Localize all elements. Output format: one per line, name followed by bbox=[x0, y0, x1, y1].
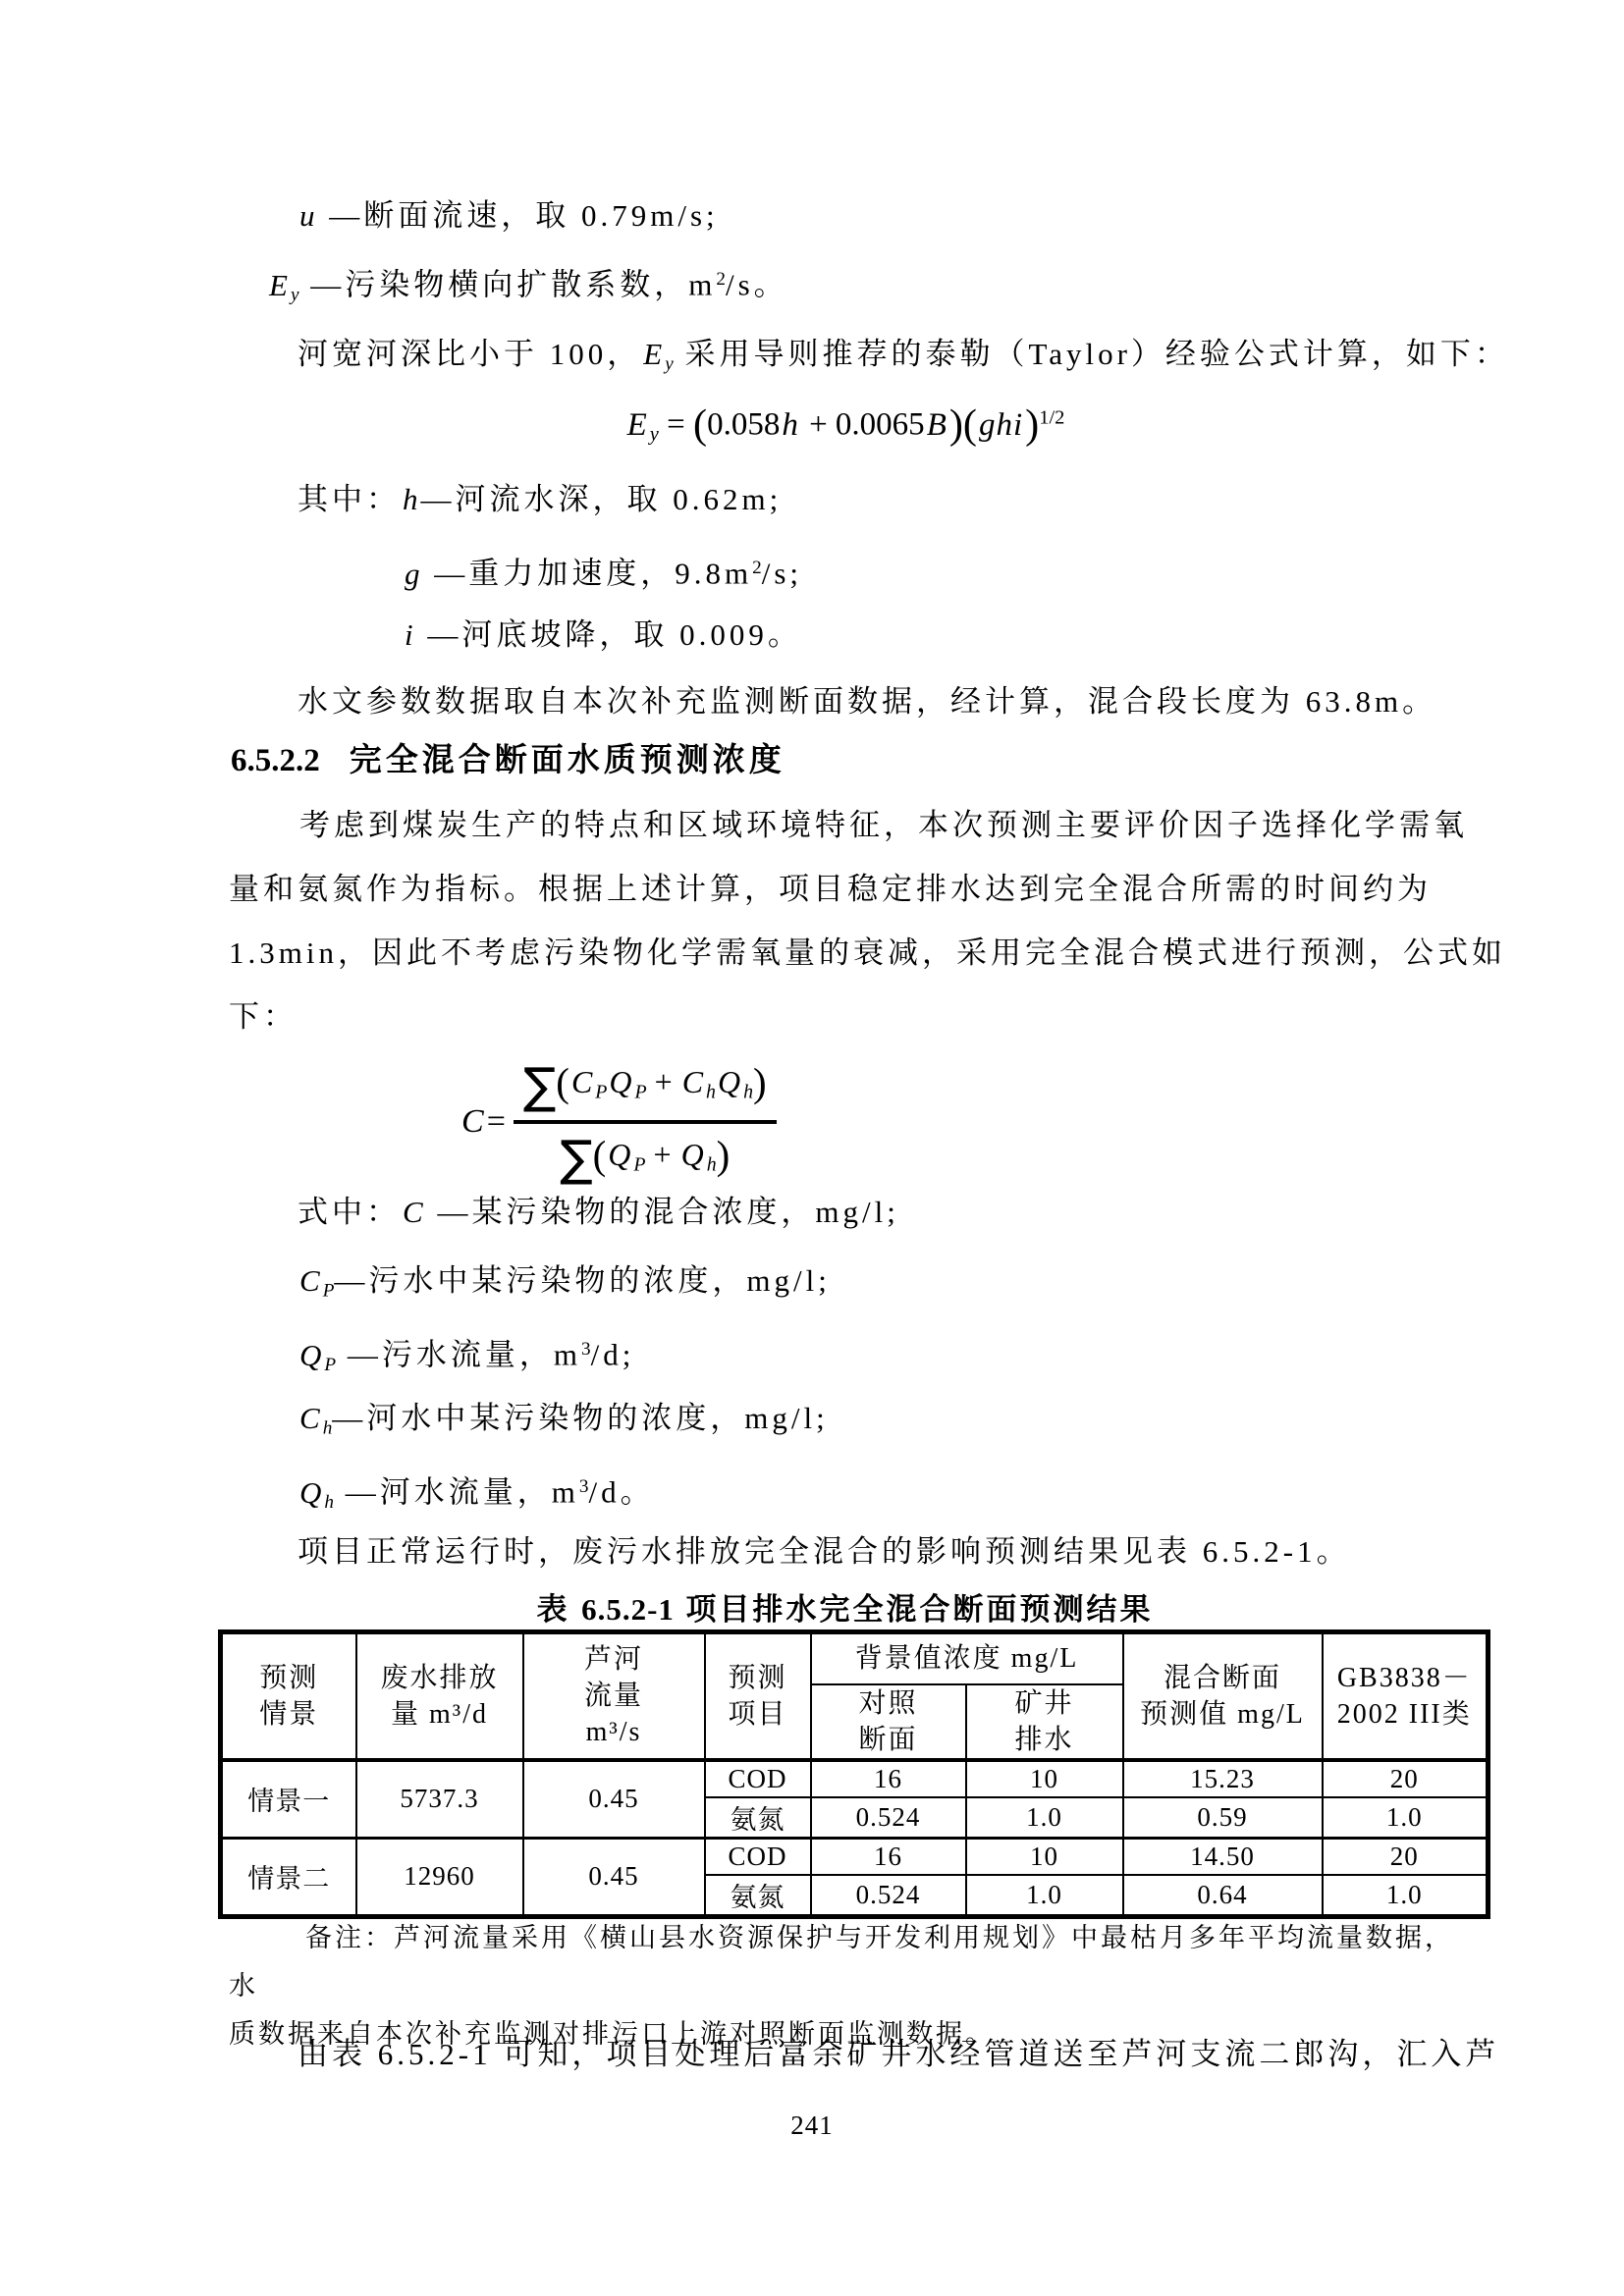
cell-s2-nh3-standard: 1.0 bbox=[1323, 1875, 1489, 1917]
formula-lhs: C= bbox=[460, 1103, 506, 1141]
cell-s1-cod-standard: 20 bbox=[1323, 1760, 1489, 1797]
header-mixed: 混合断面 预测值 mg/L bbox=[1123, 1632, 1323, 1760]
normal-operation-line: 项目正常运行时，废污水排放完全混合的影响预测结果见表 6.5.2-1。 bbox=[298, 1529, 1351, 1575]
cell-s1-nh3-item: 氨氮 bbox=[705, 1797, 811, 1839]
table-caption: 表 6.5.2-1 项目排水完全混合断面预测结果 bbox=[229, 1590, 1461, 1629]
cell-s1-nh3-control: 0.524 bbox=[811, 1797, 966, 1839]
formula-numerator: ∑(CPQP + ChQh) bbox=[514, 1057, 777, 1124]
cell-s1-nh3-standard: 1.0 bbox=[1323, 1797, 1489, 1839]
cell-s1-nh3-mixed: 0.59 bbox=[1123, 1797, 1323, 1839]
hydro-summary-line: 水文参数数据取自本次补充监测断面数据，经计算，混合段长度为 63.8m。 bbox=[298, 679, 1436, 724]
taylor-intro-line: 河宽河深比小于 100，Ey 采用导则推荐的泰勒（Taylor）经验公式计算，如… bbox=[298, 332, 1509, 387]
formula-denominator: ∑(QP + Qh) bbox=[560, 1124, 730, 1187]
cell-s1-cod-control: 16 bbox=[811, 1760, 966, 1797]
where-def-cp: CP—污水中某污染物的浓度，mg/l; bbox=[298, 1258, 831, 1313]
section-title: 完全混合断面水质预测浓度 bbox=[350, 741, 785, 777]
table-row-s1-cod: 情景一 5737.3 0.45 COD 16 10 15.23 20 bbox=[221, 1760, 1489, 1797]
section-number: 6.5.2.2 bbox=[231, 743, 320, 778]
section-heading: 6.5.2.2完全混合断面水质预测浓度 bbox=[231, 738, 785, 782]
cell-s1-discharge: 5737.3 bbox=[356, 1760, 523, 1839]
cell-s1-cod-item: COD bbox=[705, 1760, 811, 1797]
cell-s1-nh3-mine: 1.0 bbox=[966, 1797, 1123, 1839]
def-line-g: g —重力加速度，9.8m2/s; bbox=[403, 546, 802, 597]
def-line-u: u —断面流速，取 0.79m/s; bbox=[298, 193, 719, 239]
formula-mixing-concentration: C= ∑(CPQP + ChQh) ∑(QP + Qh) bbox=[460, 1052, 777, 1192]
paragraph-line-4: 下： bbox=[229, 994, 298, 1040]
header-background: 背景值浓度 mg/L bbox=[811, 1632, 1123, 1684]
header-scenario: 预测 情景 bbox=[221, 1632, 356, 1760]
header-standard: GB3838－ 2002 III类 bbox=[1323, 1632, 1489, 1760]
cell-s1-scenario: 情景一 bbox=[221, 1760, 356, 1839]
cell-s2-cod-mixed: 14.50 bbox=[1123, 1838, 1323, 1875]
def-line-i: i —河底坡降，取 0.009。 bbox=[403, 613, 802, 658]
header-mine-drainage: 矿井 排水 bbox=[966, 1684, 1123, 1760]
formula-fraction: ∑(CPQP + ChQh) ∑(QP + Qh) bbox=[514, 1057, 777, 1187]
closing-paragraph-line: 由表 6.5.2-1 可知，项目处理后富余矿井水经管道送至芦河支流二郎沟，汇入芦 bbox=[298, 2032, 1499, 2077]
where-def-ch: Ch—河水中某污染物的浓度，mg/l; bbox=[298, 1396, 829, 1451]
table-header-row-1: 预测 情景 废水排放 量 m³/d 芦河 流量 m³/s 预测 项目 背景值浓度… bbox=[221, 1632, 1489, 1684]
where-def-c: 式中：C —某污染物的混合浓度，mg/l; bbox=[298, 1190, 899, 1235]
cell-s2-nh3-mixed: 0.64 bbox=[1123, 1875, 1323, 1917]
formula-ey: Ey = (0.058h + 0.0065B)(ghi)1/2 bbox=[229, 400, 1461, 449]
page-number: 241 bbox=[0, 2110, 1624, 2141]
cell-s1-cod-mine: 10 bbox=[966, 1760, 1123, 1797]
cell-s2-river-flow: 0.45 bbox=[523, 1838, 705, 1917]
where-def-qp: QP —污水流量，m3/d; bbox=[298, 1327, 634, 1388]
header-discharge: 废水排放 量 m³/d bbox=[356, 1632, 523, 1760]
document-page: u —断面流速，取 0.79m/s; Ey —污染物横向扩散系数，m2/s。 河… bbox=[0, 0, 1624, 2296]
def-line-ey: Ey —污染物横向扩散系数，m2/s。 bbox=[267, 257, 788, 318]
cell-s2-cod-control: 16 bbox=[811, 1838, 966, 1875]
table-row-s2-cod: 情景二 12960 0.45 COD 16 10 14.50 20 bbox=[221, 1838, 1489, 1875]
cell-s1-cod-mixed: 15.23 bbox=[1123, 1760, 1323, 1797]
header-item: 预测 项目 bbox=[705, 1632, 811, 1760]
prediction-results-table: 预测 情景 废水排放 量 m³/d 芦河 流量 m³/s 预测 项目 背景值浓度… bbox=[218, 1629, 1490, 1919]
cell-s1-river-flow: 0.45 bbox=[523, 1760, 705, 1839]
cell-s2-cod-mine: 10 bbox=[966, 1838, 1123, 1875]
paragraph-line-3: 1.3min，因此不考虑污染物化学需氧量的衰减，采用完全混合模式进行预测，公式如 bbox=[229, 931, 1506, 976]
paragraph-line-2: 量和氨氮作为指标。根据上述计算，项目稳定排水达到完全混合所需的时间约为 bbox=[229, 867, 1432, 912]
cell-s2-cod-standard: 20 bbox=[1323, 1838, 1489, 1875]
cell-s2-scenario: 情景二 bbox=[221, 1838, 356, 1917]
header-control-section: 对照 断面 bbox=[811, 1684, 966, 1760]
table-note-line-1: 备注：芦河流量采用《横山县水资源保护与开发利用规划》中最枯月多年平均流量数据，水 bbox=[229, 1914, 1474, 2010]
cell-s2-nh3-mine: 1.0 bbox=[966, 1875, 1123, 1917]
cell-s2-discharge: 12960 bbox=[356, 1838, 523, 1917]
cell-s2-nh3-item: 氨氮 bbox=[705, 1875, 811, 1917]
header-river-flow: 芦河 流量 m³/s bbox=[523, 1632, 705, 1760]
paragraph-line-1: 考虑到煤炭生产的特点和区域环境特征，本次预测主要评价因子选择化学需氧 bbox=[299, 803, 1468, 848]
def-line-h: 其中：h—河流水深，取 0.62m; bbox=[298, 477, 782, 522]
where-def-qh: Qh —河水流量，m3/d。 bbox=[298, 1465, 655, 1525]
cell-s2-nh3-control: 0.524 bbox=[811, 1875, 966, 1917]
cell-s2-cod-item: COD bbox=[705, 1838, 811, 1875]
